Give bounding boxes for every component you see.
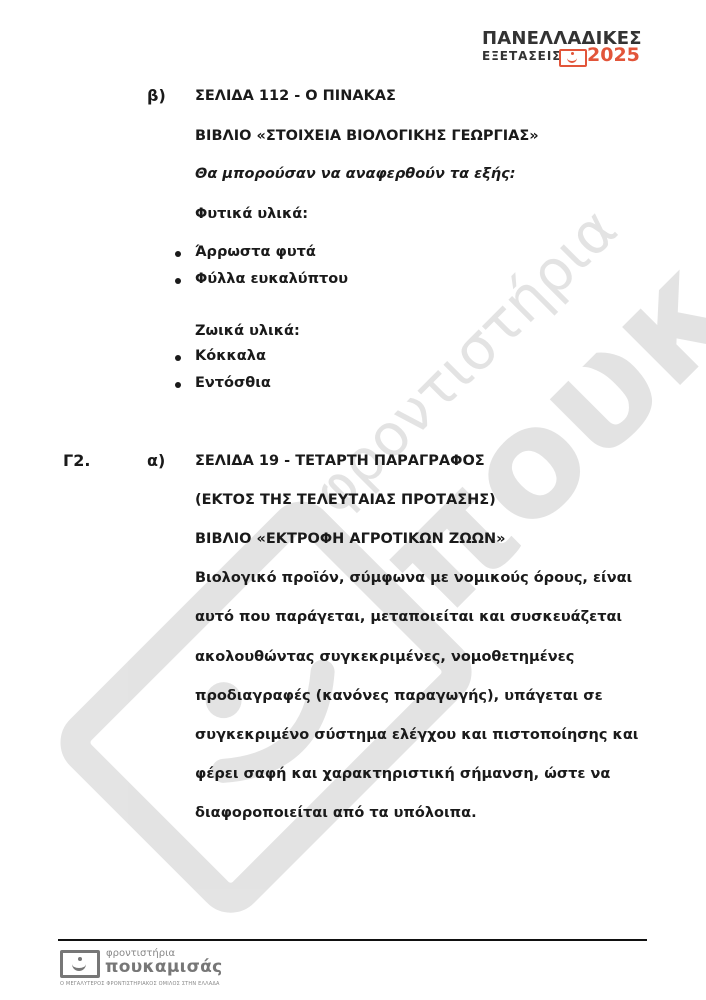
body-line: διαφοροποιείται από τα υπόλοιπα. [195,805,477,821]
section-beta-book: ΒΙΒΛΙΟ «ΣΤΟΙΧΕΙΑ ΒΙΟΛΟΓΙΚΗΣ ΓΕΩΡΓΙΑΣ» [195,128,539,144]
section-g2-title: ΣΕΛΙΔΑ 19 - ΤΕΤΑΡΤΗ ΠΑΡΑΓΡΑΦΟΣ [195,453,485,469]
smiley-screen-icon [60,950,100,978]
logo-year: 2025 [587,44,640,66]
footer-divider [58,939,647,941]
footer-logo: φροντιστήρια πουκαμισάς Ο ΜΕΓΑΛΥΤΕΡΟΣ ΦΡ… [60,950,250,995]
question-number: Γ2. [63,451,90,470]
smiley-screen-icon [559,49,587,67]
plant-heading: Φυτικά υλικά: [195,206,308,222]
section-g2-book: ΒΙΒΛΙΟ «ΕΚΤΡΟΦΗ ΑΓΡΟΤΙΚΩΝ ΖΩΩΝ» [195,531,505,547]
svg-text:φροντιστήρια: φροντιστήρια [299,195,630,526]
bullet-icon [175,251,181,257]
section-g2-subtitle: (ΕΚΤΟΣ ΤΗΣ ΤΕΛΕΥΤΑΙΑΣ ΠΡΟΤΑΣΗΣ) [195,492,496,508]
list-item: Φύλλα ευκαλύπτου [195,271,348,287]
section-beta-label: β) [147,86,166,105]
body-line: προδιαγραφές (κανόνες παραγωγής), υπάγετ… [195,688,603,704]
watermark-screen-icon [68,509,464,905]
section-beta-title: ΣΕΛΙΔΑ 112 - Ο ΠΙΝΑΚΑΣ [195,88,396,104]
footer-tagline: Ο ΜΕΓΑΛΥΤΕΡΟΣ ΦΡΟΝΤΙΣΤΗΡΙΑΚΟΣ ΟΜΙΛΟΣ ΣΤΗ… [60,981,220,987]
body-line: φέρει σαφή και χαρακτηριστική σήμανση, ώ… [195,766,610,782]
body-line: αυτό που παράγεται, μεταποιείται και συσ… [195,609,622,625]
document-page: φροντιστήρια πουκαμισάς ΠΑΝΕΛΛΑΔΙΚΕΣ ΕΞΕ… [0,0,706,1000]
animal-heading: Ζωικά υλικά: [195,323,300,339]
section-alpha-label: α) [147,451,165,470]
bullet-icon [175,278,181,284]
body-line: ακολουθώντας συγκεκριμένες, νομοθετημένε… [195,649,574,665]
list-item: Άρρωστα φυτά [195,244,316,260]
bullet-icon [175,355,181,361]
svg-text:πουκαμισάς: πουκαμισάς [345,0,706,648]
list-item: Εντόσθια [195,375,271,391]
panhellenic-exams-logo: ΠΑΝΕΛΛΑΔΙΚΕΣ ΕΞΕΤΑΣΕΙΣ 2025 [482,28,642,68]
list-item: Κόκκαλα [195,348,266,364]
logo-line2: ΕΞΕΤΑΣΕΙΣ [482,49,562,63]
bullet-icon [175,382,181,388]
section-beta-intro: Θα μπορούσαν να αναφερθούν τα εξής: [195,166,516,182]
body-line: Βιολογικό προϊόν, σύμφωνα με νομικούς όρ… [195,570,632,586]
footer-logo-big: πουκαμισάς [105,957,223,977]
body-line: συγκεκριμένο σύστημα ελέγχου και πιστοπο… [195,727,638,743]
